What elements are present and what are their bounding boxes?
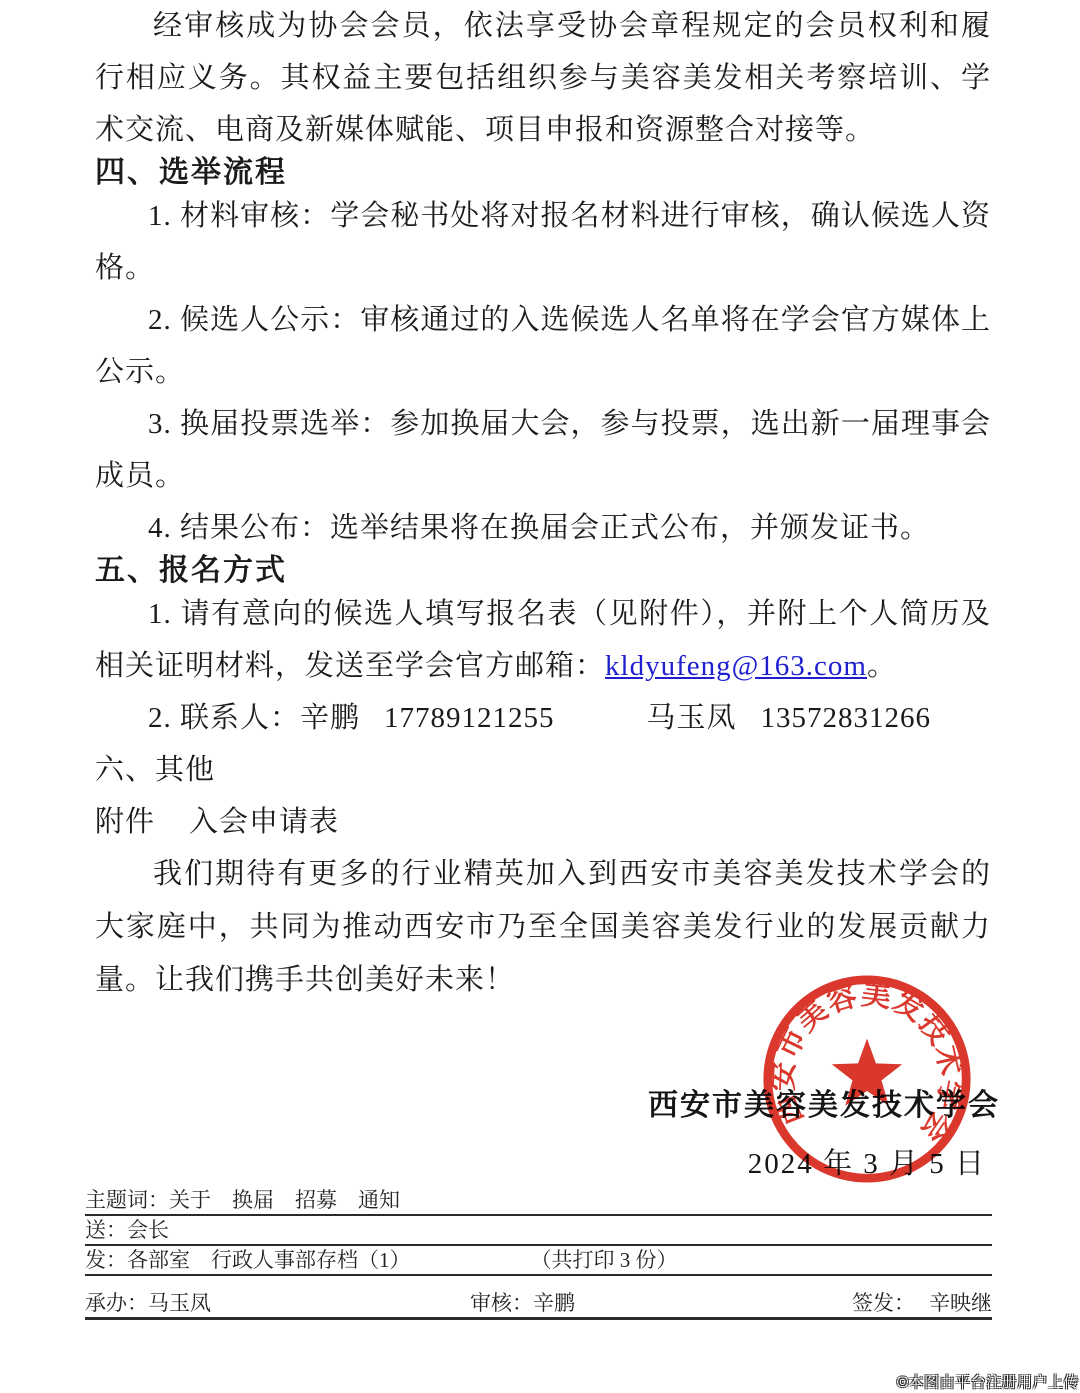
document-body: 经审核成为协会会员，依法享受协会章程规定的会员权利和履行相应义务。其权益主要包括…	[95, 0, 991, 1007]
issuer-cell: 签发：辛映继	[852, 1292, 992, 1314]
reviewer-label: 审核：	[470, 1291, 533, 1315]
section-six-heading: 六、其他	[95, 744, 991, 796]
contact-1-name: 辛鹏	[300, 702, 360, 734]
section-five-heading: 五、报名方式	[95, 554, 991, 588]
attachment-value: 入会申请表	[189, 806, 339, 838]
email-link[interactable]: kldyufeng@163.com	[605, 650, 867, 682]
section-five-item-1: 1. 请有意向的候选人填写报名表（见附件），并附上个人简历及相关证明材料，发送至…	[95, 588, 991, 692]
section-four-item-1: 1. 材料审核：学会秘书处将对报名材料进行审核，确认候选人资格。	[95, 190, 991, 294]
undertaker-cell: 承办：马玉凤	[85, 1292, 470, 1314]
platform-watermark: ©本图由平台注册用户上传	[897, 1371, 1079, 1392]
issued-to-label: 发：	[85, 1249, 127, 1271]
contact-2-name: 马玉凤	[647, 702, 737, 734]
issuer-value: 辛映继	[929, 1291, 992, 1315]
official-seal: 西安市美容美发技术学会	[758, 970, 976, 1188]
section-five-item-2: 2. 联系人：辛鹏17789121255马玉凤13572831266	[95, 692, 991, 744]
section-four-item-4: 4. 结果公布：选举结果将在换届会正式公布，并颁发证书。	[95, 502, 991, 554]
section-four-item-2: 2. 候选人公示：审核通过的入选候选人名单将在学会官方媒体上公示。	[95, 294, 991, 398]
footer-row-subject: 主题词： 关于 换届 招募 通知	[85, 1186, 992, 1216]
reviewer-value: 辛鹏	[533, 1291, 575, 1315]
section-four-item-3: 3. 换届投票选举：参加换届大会，参与投票，选出新一届理事会成员。	[95, 398, 991, 502]
subject-value: 关于 换届 招募 通知	[169, 1189, 400, 1211]
contacts-label: 2. 联系人：	[148, 702, 300, 734]
issued-to-value: 各部室 行政人事部存档（1）	[127, 1249, 411, 1271]
intro-paragraph: 经审核成为协会会员，依法享受协会章程规定的会员权利和履行相应义务。其权益主要包括…	[95, 0, 991, 156]
attachment-label: 附件	[95, 806, 155, 838]
sent-to-label: 送：	[85, 1219, 127, 1241]
attachment-line: 附件入会申请表	[95, 796, 991, 848]
subject-label: 主题词：	[85, 1189, 169, 1211]
footer-row-sent-to: 送： 会长	[85, 1216, 992, 1246]
sent-to-value: 会长	[127, 1219, 169, 1241]
routing-table: 主题词： 关于 换届 招募 通知 送： 会长 发： 各部室 行政人事部存档（1）…	[85, 1186, 992, 1320]
section-four-heading: 四、选举流程	[95, 156, 991, 190]
sentence-period: 。	[867, 650, 897, 682]
footer-row-approvals: 承办：马玉凤 审核：辛鹏 签发：辛映继	[85, 1276, 992, 1320]
contact-1-phone: 17789121255	[384, 702, 555, 734]
star-icon	[832, 1039, 902, 1106]
contact-2-phone: 13572831266	[761, 702, 932, 734]
undertaker-label: 承办：	[85, 1291, 148, 1315]
issuer-label: 签发：	[852, 1291, 915, 1315]
footer-row-issued-to: 发： 各部室 行政人事部存档（1） （共打印 3 份）	[85, 1246, 992, 1276]
print-copies-note: （共打印 3 份）	[531, 1249, 678, 1271]
undertaker-value: 马玉凤	[148, 1291, 211, 1315]
reviewer-cell: 审核：辛鹏	[470, 1292, 852, 1314]
